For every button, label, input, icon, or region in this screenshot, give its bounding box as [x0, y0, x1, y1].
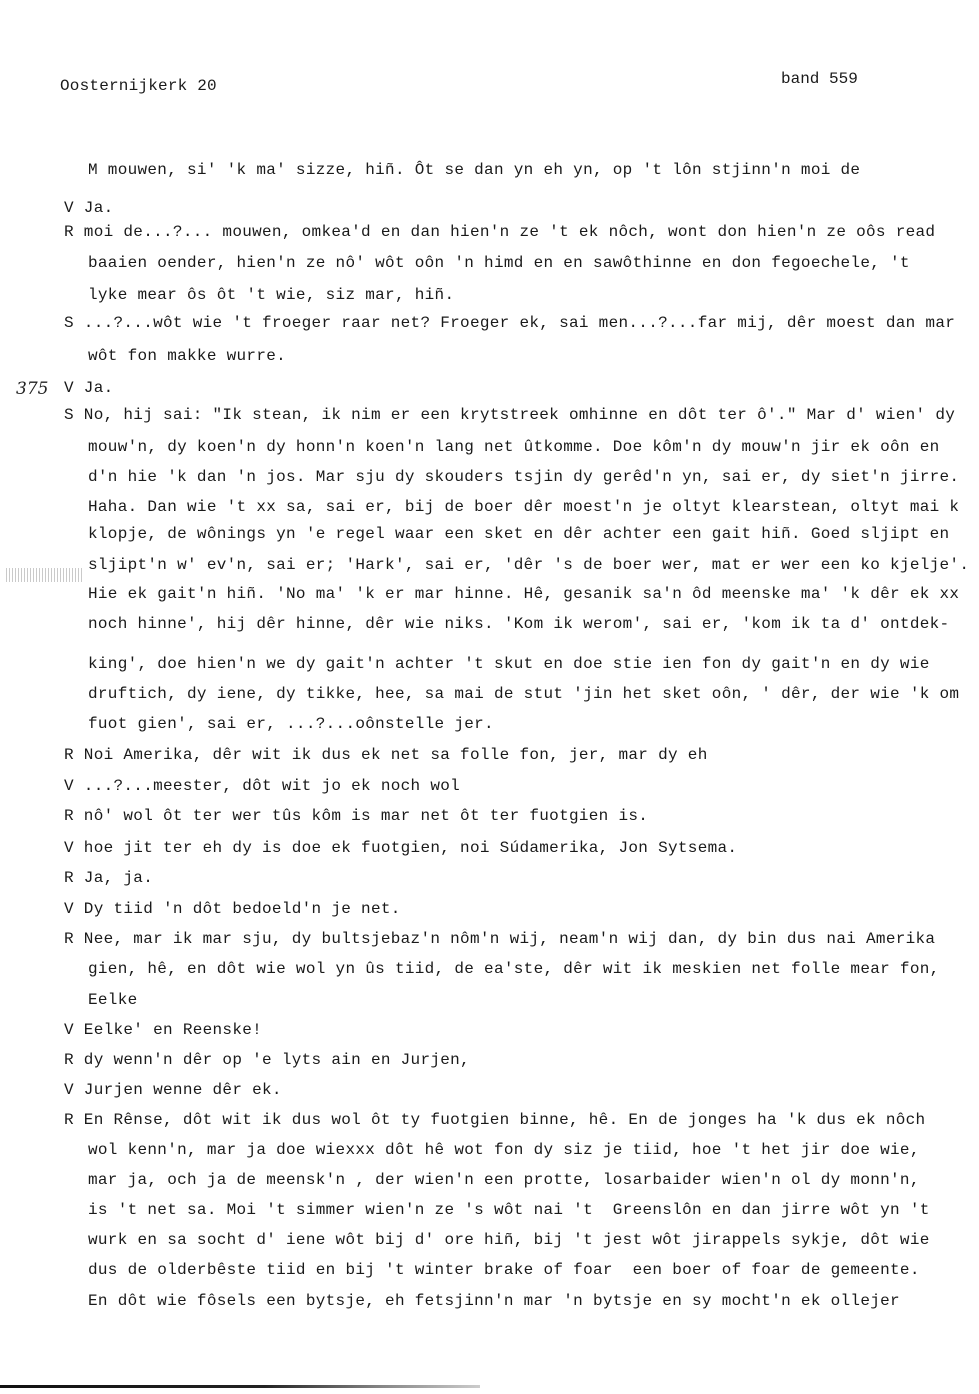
transcript-line: R Nee, mar ik mar sju, dy bultsjebaz'n n…: [64, 929, 935, 949]
margin-smudge: [6, 568, 82, 582]
transcript-line: gien, hê, en dôt wie wol yn ûs tiid, de …: [88, 959, 940, 979]
transcript-line: V hoe jit ter eh dy is doe ek fuotgien, …: [64, 838, 737, 858]
transcript-line: R nô' wol ôt ter wer tûs kôm is mar net …: [64, 806, 648, 826]
transcript-line: V Eelke' en Reenske!: [64, 1020, 262, 1040]
transcript-line: V Ja.: [64, 198, 114, 218]
transcript-line: R En Rênse, dôt wit ik dus wol ôt ty fuo…: [64, 1110, 925, 1130]
transcript-line: dus de olderbêste tiid en bij 't winter …: [88, 1260, 920, 1280]
transcript-line: druftich, dy iene, dy tikke, hee, sa mai…: [88, 684, 959, 704]
transcript-line: S ...?...wôt wie 't froeger raar net? Fr…: [64, 313, 955, 333]
transcript-line: noch hinne', hij dêr hinne, dêr wie niks…: [88, 614, 949, 634]
transcript-line: R Ja, ja.: [64, 868, 153, 888]
transcript-line: V Jurjen wenne dêr ek.: [64, 1080, 282, 1100]
transcript-line: En dôt wie fôsels een bytsje, eh fetsjin…: [88, 1291, 900, 1311]
bottom-rule: [0, 1385, 480, 1388]
transcript-line: R Noi Amerika, dêr wit ik dus ek net sa …: [64, 745, 708, 765]
tape-number: band 559: [781, 70, 858, 88]
transcript-line: R dy wenn'n dêr op 'e lyts ain en Jurjen…: [64, 1050, 470, 1070]
transcript-line: Eelke: [88, 990, 138, 1010]
transcript-line: V Ja.: [64, 378, 114, 398]
transcript-line: lyke mear ôs ôt 't wie, siz mar, hiñ.: [88, 285, 454, 305]
transcript-line: sljipt'n w' ev'n, sai er; 'Hark', sai er…: [88, 555, 969, 575]
transcript-line: wol kenn'n, mar ja doe wiexxx dôt hê wot…: [88, 1140, 920, 1160]
transcript-line: d'n hie 'k dan 'n jos. Mar sju dy skoude…: [88, 467, 959, 487]
transcript-line: baaien oender, hien'n ze nô' wôt oôn 'n …: [88, 253, 910, 273]
transcript-line: S No, hij sai: "Ik stean, ik nim er een …: [64, 405, 955, 425]
transcript-line: R moi de...?... mouwen, omkea'd en dan h…: [64, 222, 935, 242]
location-header: Oosternijkerk 20: [60, 77, 217, 95]
transcript-line: Hie ek gait'n hiñ. 'No ma' 'k er mar hin…: [88, 584, 959, 604]
transcript-line: wôt fon makke wurre.: [88, 346, 286, 366]
transcript-line: king', doe hien'n we dy gait'n achter 't…: [88, 654, 930, 674]
transcript-line: M mouwen, si' 'k ma' sizze, hiñ. Ôt se d…: [88, 160, 860, 180]
transcript-line: wurk en sa socht d' iene wôt bij d' ore …: [88, 1230, 930, 1250]
transcript-line: V ...?...meester, dôt wit jo ek noch wol: [64, 776, 460, 796]
transcript-page: Oosternijkerk 20 band 559 375 M mouwen, …: [0, 0, 979, 1394]
transcript-line: mar ja, och ja de meensk'n , der wien'n …: [88, 1170, 920, 1190]
transcript-line: mouw'n, dy koen'n dy honn'n koen'n lang …: [88, 437, 940, 457]
transcript-line: klopje, de wônings yn 'e regel waar een …: [88, 524, 949, 544]
transcript-line: is 't net sa. Moi 't simmer wien'n ze 's…: [88, 1200, 930, 1220]
transcript-line: fuot gien', sai er, ...?...oônstelle jer…: [88, 714, 494, 734]
margin-annotation: 375: [16, 379, 48, 399]
transcript-line: Haha. Dan wie 't xx sa, sai er, bij de b…: [88, 497, 959, 517]
transcript-line: V Dy tiid 'n dôt bedoeld'n je net.: [64, 899, 401, 919]
